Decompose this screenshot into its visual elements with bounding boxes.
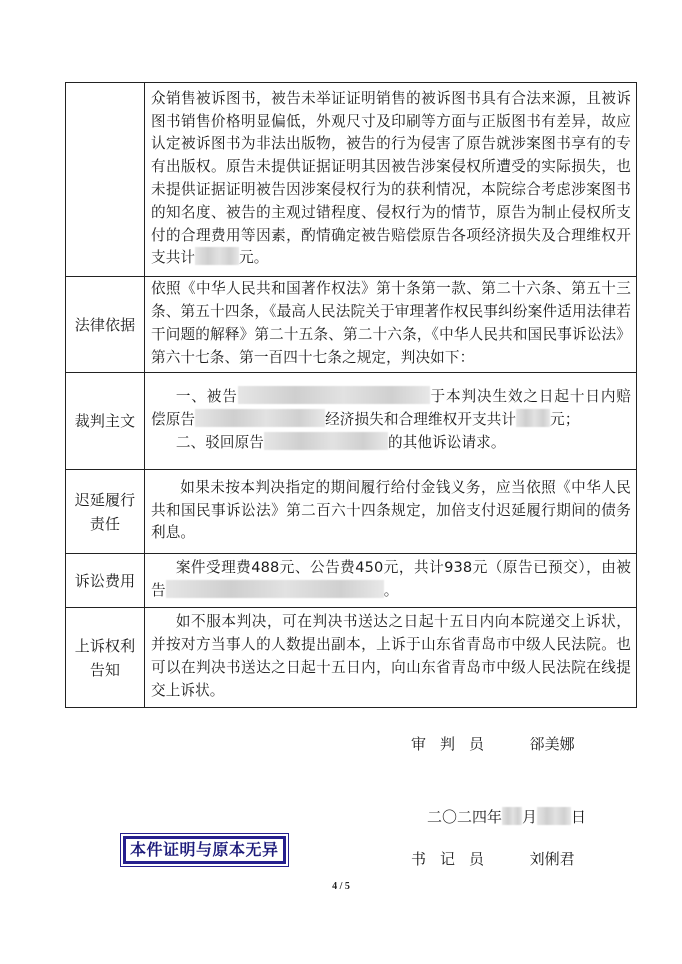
row-label-appeal-notice: 上诉权利告知 (66, 608, 145, 708)
late-performance-text: 如果未按本判决指定的期间履行给付金钱义务，应当依照《中华人民共和国民事诉讼法》第… (145, 470, 637, 554)
judge-signature: 审判员 郤美娜 (411, 733, 575, 754)
legal-basis-text: 依照《中华人民共和国著作权法》第十条第一款、第二十六条、第五十三条、第五十四条，… (145, 277, 637, 373)
judgment-text: 一、被告于本判决生效之日起十日内赔偿原告经济损失和合理维权开支共计元； 二、驳回… (145, 373, 637, 470)
judge-name: 郤美娜 (530, 735, 575, 753)
clerk-role: 书记员 (411, 850, 498, 868)
litigation-fees-text: 案件受理费488元、公告费450元，共计938元（原告已预交），由被告。 (145, 554, 637, 608)
redacted-defendant (166, 580, 384, 598)
redacted-amount (516, 409, 550, 427)
redacted-month (502, 807, 522, 825)
judgment-date: 二〇二四年月日 (427, 806, 586, 827)
table-row-legal-basis: 法律依据 依照《中华人民共和国著作权法》第十条第一款、第二十六条、第五十三条、第… (66, 277, 637, 373)
judgment-item-2: 二、驳回原告的其他诉讼请求。 (151, 432, 631, 455)
judge-role: 审判员 (411, 735, 498, 753)
row-label-litigation-fees: 诉讼费用 (66, 554, 145, 608)
row-label-judgment: 裁判主文 (66, 373, 145, 470)
appeal-notice-text: 如不服本判决，可在判决书送达之日起十五日内向本院递交上诉状，并按对方当事人的人数… (145, 608, 637, 708)
row-label-late-performance: 迟延履行责任 (66, 470, 145, 554)
row-label-legal-basis: 法律依据 (66, 277, 145, 373)
table-row-judgment: 裁判主文 一、被告于本判决生效之日起十日内赔偿原告经济损失和合理维权开支共计元；… (66, 373, 637, 470)
redacted-plaintiff (264, 432, 388, 450)
judgment-item-1: 一、被告于本判决生效之日起十日内赔偿原告经济损失和合理维权开支共计元； (151, 386, 631, 432)
table-row-appeal-notice: 上诉权利告知 如不服本判决，可在判决书送达之日起十五日内向本院递交上诉状，并按对… (66, 608, 637, 708)
table-row-reasoning: 众销售被诉图书，被告未举证证明销售的被诉图书具有合法来源，且被诉图书销售价格明显… (66, 83, 637, 277)
redacted-defendant (238, 386, 430, 404)
redacted-plaintiff (195, 409, 325, 427)
row-label (66, 83, 145, 277)
table-row-litigation-fees: 诉讼费用 案件受理费488元、公告费450元，共计938元（原告已预交），由被告… (66, 554, 637, 608)
redacted-day (537, 807, 571, 825)
page-number: 4 / 5 (0, 881, 682, 892)
clerk-name: 刘俐君 (530, 850, 575, 868)
certification-stamp: 本件证明与原本无异 (123, 836, 286, 864)
clerk-signature: 书记员 刘俐君 (411, 848, 575, 869)
redacted-amount (195, 247, 239, 265)
table-row-late-performance: 迟延履行责任 如果未按本判决指定的期间履行给付金钱义务，应当依照《中华人民共和国… (66, 470, 637, 554)
judgment-table: 众销售被诉图书，被告未举证证明销售的被诉图书具有合法来源，且被诉图书销售价格明显… (65, 82, 637, 708)
reasoning-text: 众销售被诉图书，被告未举证证明销售的被诉图书具有合法来源，且被诉图书销售价格明显… (145, 83, 637, 277)
document-page: 众销售被诉图书，被告未举证证明销售的被诉图书具有合法来源，且被诉图书销售价格明显… (0, 0, 682, 964)
